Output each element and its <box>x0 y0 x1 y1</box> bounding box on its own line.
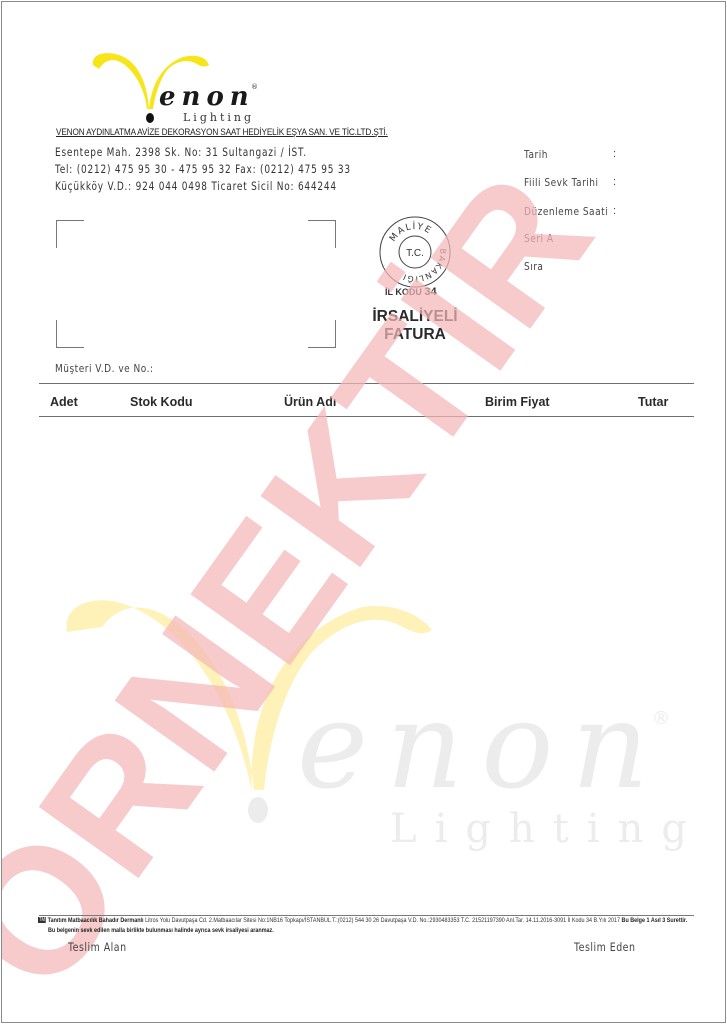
deliverer-signature-label: Teslim Eden <box>574 940 635 954</box>
printer-badge: TM <box>38 917 46 923</box>
svg-text:MALİYE: MALİYE <box>388 221 433 244</box>
address-box-corner-bottom-right <box>308 320 336 348</box>
column-header-unit-price: Birim Fiyat <box>485 395 550 409</box>
footer-rule <box>39 915 694 916</box>
address-box-corner-top-left <box>56 220 84 248</box>
logo-brand: enon <box>159 82 255 112</box>
venon-logo: enon ® Lighting <box>87 47 272 127</box>
field-date-colon: : <box>613 148 616 160</box>
customer-tax-label: Müşteri V.D. ve No.: <box>55 362 154 375</box>
watermark-brand: enon <box>297 677 667 816</box>
copies-note: Bu Belge 1 Asıl 3 Surettir. <box>622 917 688 924</box>
ministry-seal-icon: MALİYE BAKANLIĞI T.C. <box>378 215 452 289</box>
address-box-corner-top-right <box>308 220 336 248</box>
document-title-line2: FATURA <box>367 326 463 344</box>
svg-text:®: ® <box>652 708 670 729</box>
field-issue-time-colon: : <box>613 205 616 217</box>
field-date-label: Tarih <box>524 148 548 161</box>
document-title-line1: İRSALİYELİ <box>367 308 463 326</box>
field-ship-date-label: Fiili Sevk Tarihi <box>524 176 598 189</box>
company-tax-info: Küçükköy V.D.: 924 044 0498 Ticaret Sici… <box>55 179 337 193</box>
registered-mark: ® <box>251 83 258 91</box>
il-kodu: İL KODU 34 <box>385 286 437 298</box>
logo-dot <box>146 113 154 123</box>
field-sequence-label: Sıra <box>524 260 543 273</box>
printer-name: Tanıtım Matbaacılık Bahadır Dermanlı <box>48 917 144 924</box>
watermark-logo-swoosh <box>67 600 432 792</box>
invoice-page: enon ® Lighting enon ® Lighting VENON AY… <box>1 1 726 1023</box>
svg-text:T.C.: T.C. <box>406 248 424 259</box>
company-legal-name: VENON AYDINLATMA AVİZE DEKORASYON SAAT H… <box>56 127 388 138</box>
company-phones: Tel: (0212) 475 95 30 - 475 95 32 Fax: (… <box>55 162 351 176</box>
column-header-total: Tutar <box>638 395 668 409</box>
il-kodu-value: 34 <box>424 286 436 298</box>
company-address: Esentepe Mah. 2398 Sk. No: 31 Sultangazi… <box>55 145 307 159</box>
column-header-product-name: Ürün Adı <box>284 395 336 409</box>
watermark-brand-sub: Lighting <box>390 806 705 852</box>
table-header-bottom-rule <box>39 416 694 417</box>
table-top-rule <box>39 383 694 384</box>
column-header-quantity: Adet <box>50 395 78 409</box>
field-ship-date-colon: : <box>613 176 616 188</box>
printer-info: TMTanıtım Matbaacılık Bahadır Dermanlı L… <box>38 917 687 924</box>
document-title: İRSALİYELİ FATURA <box>367 308 463 344</box>
printer-details: Litros Yolu Davutpaşa Cd. 2.Matbaacılar … <box>145 917 620 924</box>
waybill-note: Bu belgenin sevk edilen malla birlikte b… <box>48 927 274 934</box>
logo-sub: Lighting <box>183 111 254 124</box>
il-kodu-label: İL KODU <box>385 287 422 297</box>
receiver-signature-label: Teslim Alan <box>68 940 127 954</box>
column-header-stock-code: Stok Kodu <box>130 395 193 409</box>
field-series-label: Seri A <box>524 232 553 245</box>
field-issue-time-label: Düzenleme Saati <box>524 205 608 218</box>
address-box-corner-bottom-left <box>56 320 84 348</box>
